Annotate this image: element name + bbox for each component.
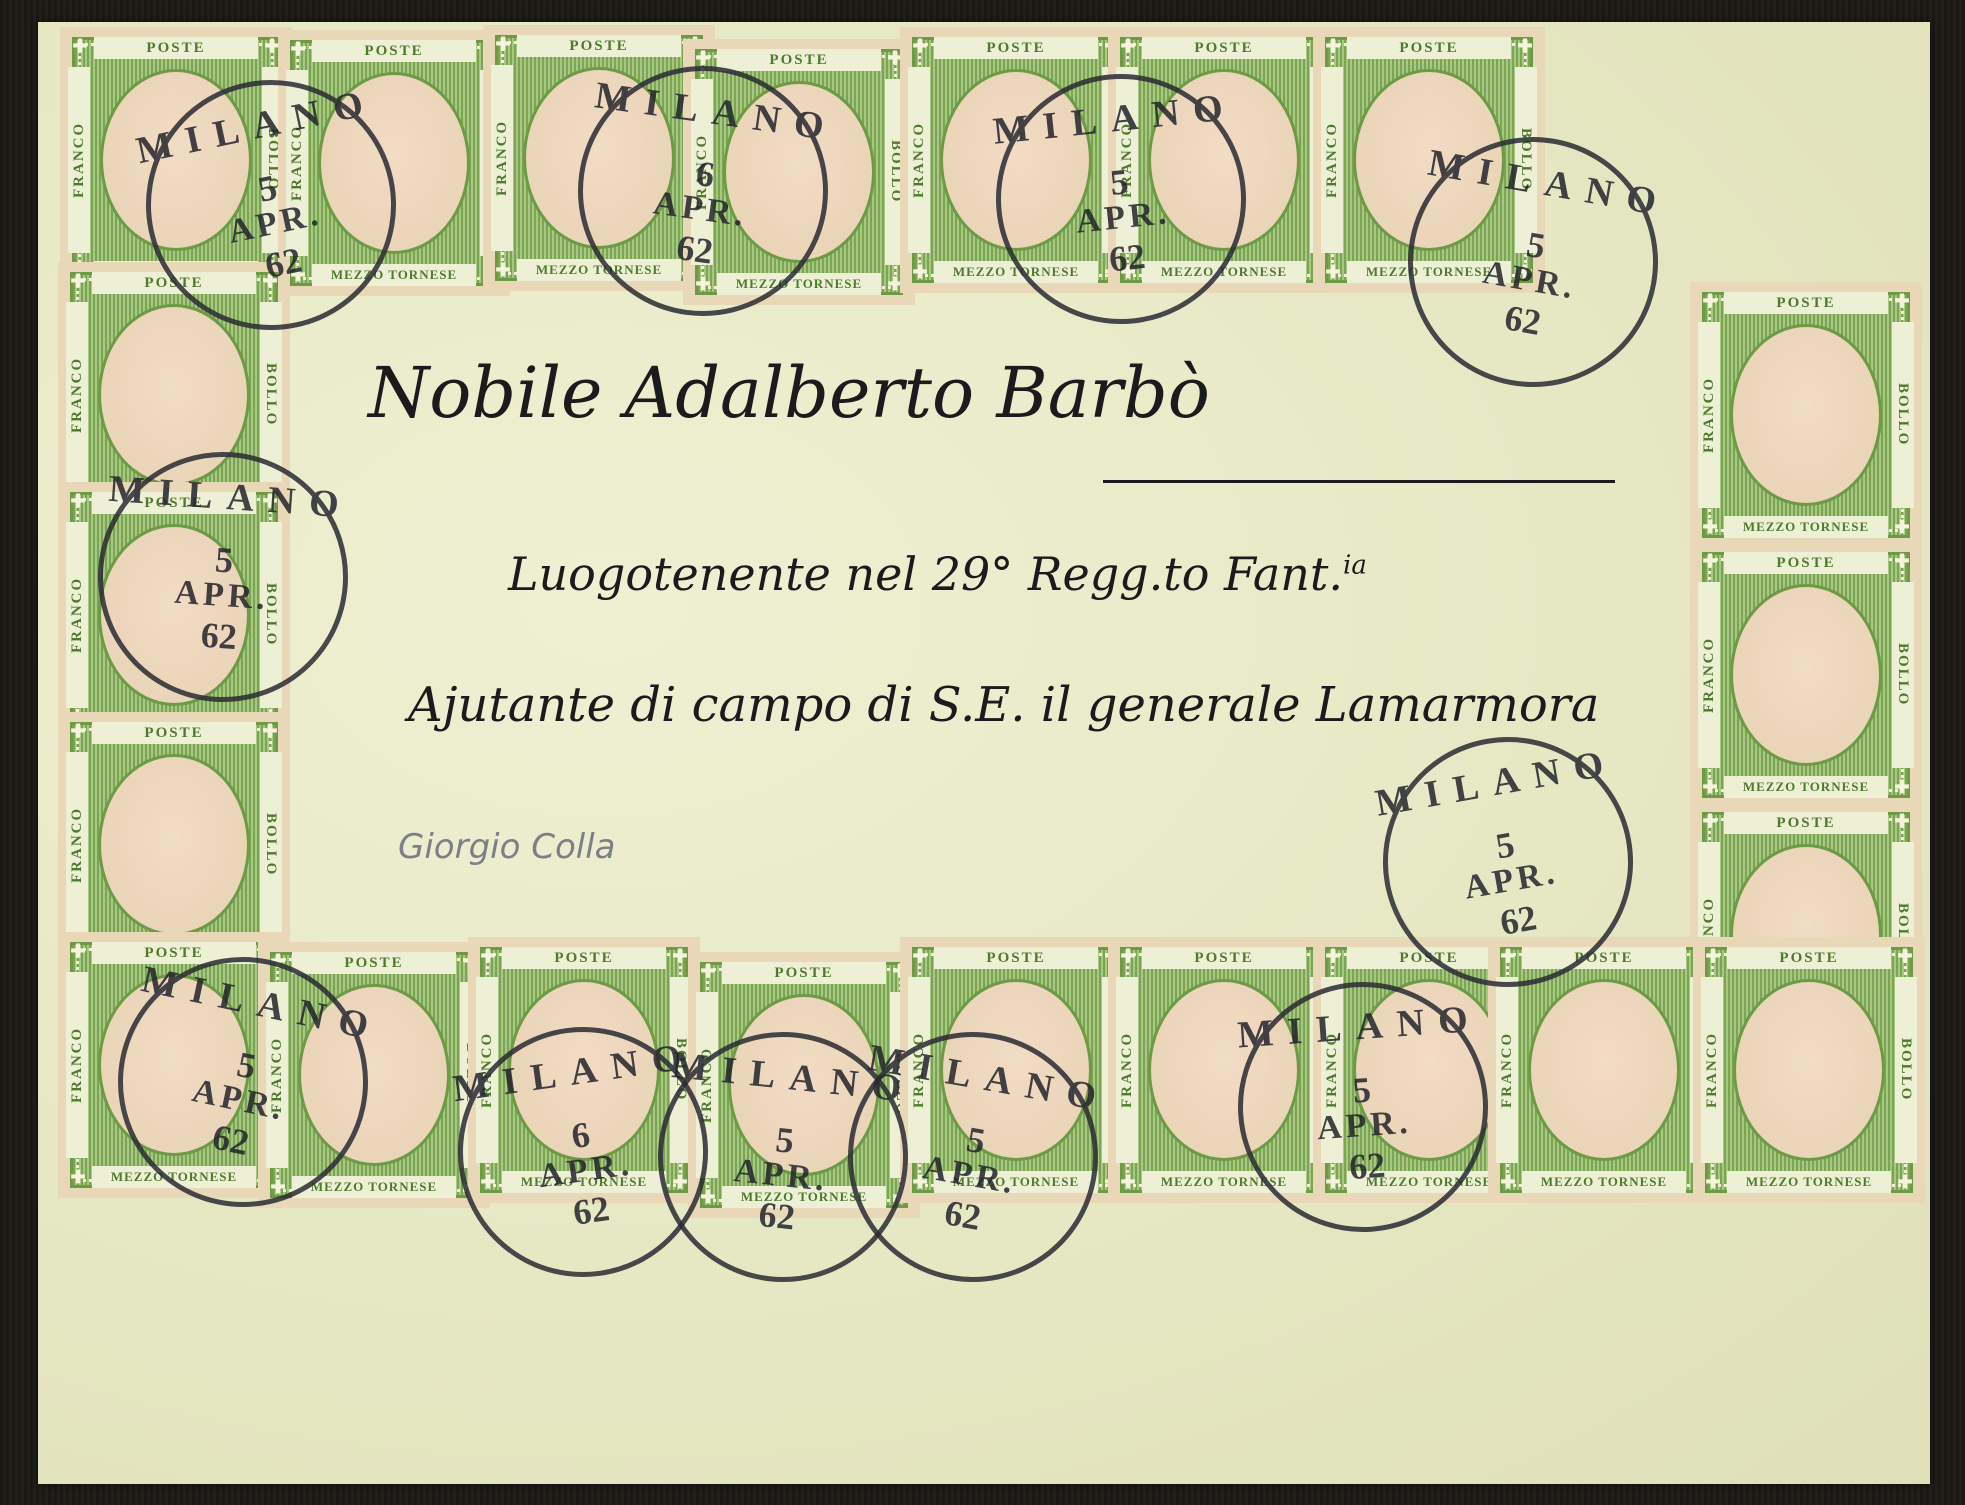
stamp: POSTE FRANCO BOLLO MEZZO TORNESE ✚ ✚ ✚ ✚	[1690, 542, 1922, 808]
cross-icon: ✚	[1118, 1173, 1138, 1193]
cross-icon: ✚	[1118, 37, 1138, 57]
address-line-role: Ajutante di campo di S.E. il generale La…	[408, 677, 1599, 733]
cross-icon: ✚	[670, 947, 690, 967]
stamp-label-left: FRANCO	[1698, 322, 1720, 508]
address-line-name: Nobile Adalberto Barbò	[368, 352, 1210, 434]
cross-icon: ✚	[1515, 37, 1535, 57]
cross-icon: ✚	[68, 942, 88, 962]
cross-icon: ✚	[1323, 37, 1343, 57]
stamp-label-left: FRANCO	[66, 972, 88, 1158]
portrait-oval	[1733, 979, 1885, 1161]
stamp-label-right: BOLLO	[1892, 582, 1914, 768]
stamp-label-left: FRANCO	[491, 65, 513, 251]
cross-icon: ✚	[493, 261, 513, 281]
stamp-label-right: BOLLO	[1895, 977, 1917, 1163]
cross-icon: ✚	[1323, 947, 1343, 967]
cross-icon: ✚	[1700, 292, 1720, 312]
stamp-label-right: BOLLO	[260, 752, 282, 938]
cross-icon: ✚	[1895, 1173, 1915, 1193]
stamp-label-bottom: MEZZO TORNESE	[1724, 516, 1888, 538]
stamp-label-left: FRANCO	[1321, 67, 1343, 253]
cross-icon: ✚	[68, 272, 88, 292]
cross-icon: ✚	[1118, 947, 1138, 967]
stamp-label-top: POSTE	[1142, 37, 1306, 59]
cross-icon: ✚	[478, 947, 498, 967]
cross-icon: ✚	[68, 722, 88, 742]
cross-icon: ✚	[1700, 518, 1720, 538]
stamp-label-left: FRANCO	[66, 302, 88, 488]
stamp-label-left: FRANCO	[908, 67, 930, 253]
cross-icon: ✚	[1703, 947, 1723, 967]
address-line-rank: Luogotenente nel 29° Regg.to Fant.ia	[508, 547, 1367, 601]
stamp: POSTE FRANCO BOLLO MEZZO TORNESE ✚ ✚ ✚ ✚	[1690, 282, 1922, 548]
cross-icon: ✚	[288, 40, 308, 60]
cross-icon: ✚	[68, 492, 88, 512]
stamp-label-top: POSTE	[1142, 947, 1306, 969]
cross-icon: ✚	[910, 37, 930, 57]
postmark-city: MILANO	[107, 467, 349, 528]
stamp-label-left: FRANCO	[1496, 977, 1518, 1163]
cross-icon: ✚	[910, 947, 930, 967]
stamp-label-top: POSTE	[934, 947, 1098, 969]
portrait-oval	[1528, 979, 1680, 1161]
stamp-label-top: POSTE	[722, 962, 886, 984]
stamp-label-bottom: MEZZO TORNESE	[1727, 1171, 1891, 1193]
stamp-label-top: POSTE	[502, 947, 666, 969]
cross-icon: ✚	[70, 37, 90, 57]
cross-icon: ✚	[1892, 778, 1912, 798]
stamp-label-top: POSTE	[312, 40, 476, 62]
stamp-label-left: FRANCO	[1116, 977, 1138, 1163]
expert-signature: Giorgio Colla	[398, 827, 615, 867]
cross-icon: ✚	[1892, 552, 1912, 572]
stamp-label-left: FRANCO	[66, 752, 88, 938]
stamp-label-top: POSTE	[717, 49, 881, 71]
cross-icon: ✚	[1892, 812, 1912, 832]
stamp-label-top: POSTE	[92, 722, 256, 744]
cross-icon: ✚	[1703, 1173, 1723, 1193]
cross-icon: ✚	[1700, 778, 1720, 798]
portrait-oval	[98, 754, 250, 936]
cross-icon: ✚	[493, 35, 513, 55]
envelope: Nobile Adalberto Barbò Luogotenente nel …	[38, 22, 1930, 1484]
stamp-label-top: POSTE	[1727, 947, 1891, 969]
postmark: MILANO 5 APR. 62	[1388, 117, 1678, 407]
stamp-label-left: FRANCO	[1701, 977, 1723, 1163]
stamp-label-top: POSTE	[1724, 552, 1888, 574]
stamp-label-left: FRANCO	[68, 67, 90, 253]
stamp-label-top: POSTE	[1724, 292, 1888, 314]
stamp-label-left: FRANCO	[1698, 582, 1720, 768]
cross-icon: ✚	[1892, 518, 1912, 538]
stamp-label-right: BOLLO	[1892, 322, 1914, 508]
stamp-label-bottom: MEZZO TORNESE	[1522, 1171, 1686, 1193]
cross-icon: ✚	[1892, 292, 1912, 312]
stamp-label-bottom: MEZZO TORNESE	[1724, 776, 1888, 798]
cross-icon: ✚	[1895, 947, 1915, 967]
stamp-label-top: POSTE	[517, 35, 681, 57]
name-underline	[1103, 480, 1615, 483]
cross-icon: ✚	[1323, 263, 1343, 283]
stamp: POSTE FRANCO BOLLO MEZZO TORNESE ✚ ✚ ✚ ✚	[1693, 937, 1925, 1203]
cross-icon: ✚	[68, 1168, 88, 1188]
cross-icon: ✚	[1700, 552, 1720, 572]
stamp-label-left: FRANCO	[66, 522, 88, 708]
stamp-label-top: POSTE	[1347, 37, 1511, 59]
cross-icon: ✚	[1700, 812, 1720, 832]
portrait-oval	[1730, 584, 1882, 766]
cross-icon: ✚	[698, 962, 718, 982]
cross-icon: ✚	[1498, 1173, 1518, 1193]
cross-icon: ✚	[910, 263, 930, 283]
cross-icon: ✚	[260, 722, 280, 742]
stamp-label-top: POSTE	[1724, 812, 1888, 834]
stamp-label-top: POSTE	[94, 37, 258, 59]
portrait-oval	[1730, 324, 1882, 506]
stamp-label-top: POSTE	[292, 952, 456, 974]
stamp-label-top: POSTE	[934, 37, 1098, 59]
